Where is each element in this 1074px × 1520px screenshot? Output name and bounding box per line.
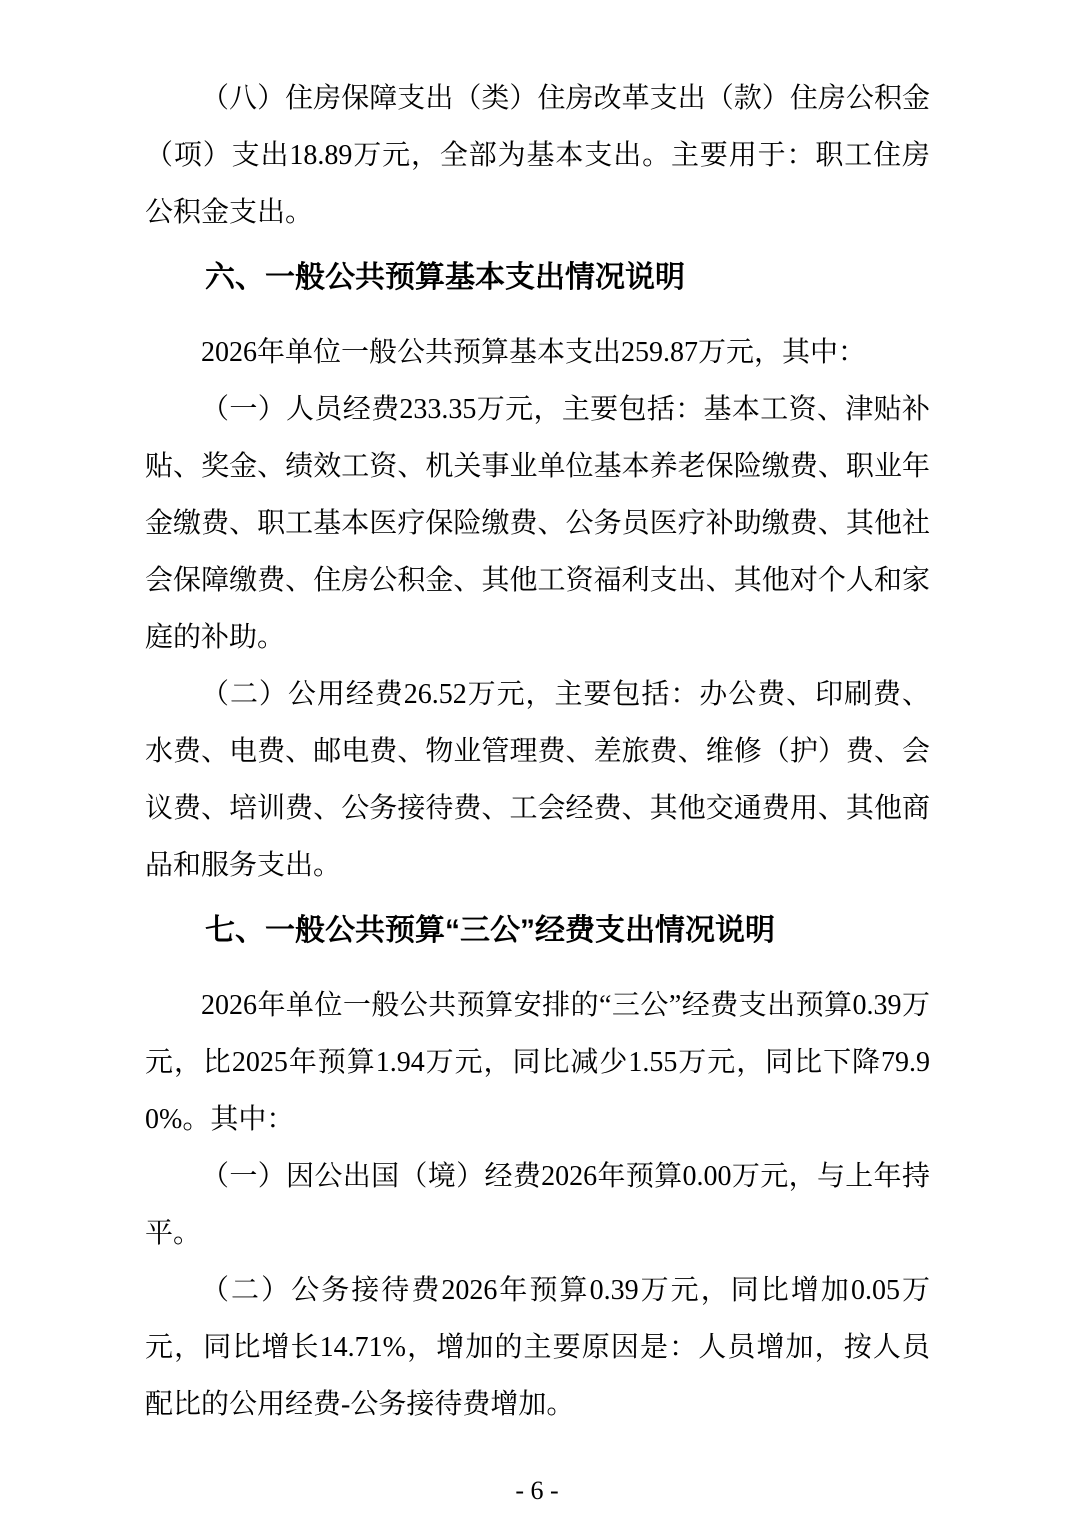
- paragraph-basic-expenditure-total: 2026年单位一般公共预算基本支出259.87万元，其中：: [145, 324, 930, 381]
- paragraph-overseas-travel-funds: （一）因公出国（境）经费2026年预算0.00万元，与上年持平。: [145, 1148, 930, 1262]
- page-number: - 6 -: [0, 1476, 1074, 1506]
- paragraph-personnel-expenses: （一）人员经费233.35万元，主要包括：基本工资、津贴补贴、奖金、绩效工资、机…: [145, 381, 930, 666]
- paragraph-public-expenses: （二）公用经费26.52万元，主要包括：办公费、印刷费、水费、电费、邮电费、物业…: [145, 666, 930, 894]
- budget-document-page: （八）住房保障支出（类）住房改革支出（款）住房公积金（项）支出18.89万元，全…: [0, 0, 1074, 1520]
- paragraph-official-reception-funds: （二）公务接待费2026年预算0.39万元，同比增加0.05万元，同比增长14.…: [145, 1262, 930, 1433]
- section-heading-basic-expenditure: 六、一般公共预算基本支出情况说明: [145, 249, 930, 306]
- paragraph-housing-security-expenditure: （八）住房保障支出（类）住房改革支出（款）住房公积金（项）支出18.89万元，全…: [145, 70, 930, 241]
- paragraph-three-public-funds-total: 2026年单位一般公共预算安排的“三公”经费支出预算0.39万元，比2025年预…: [145, 977, 930, 1148]
- section-heading-three-public-funds: 七、一般公共预算“三公”经费支出情况说明: [145, 902, 930, 959]
